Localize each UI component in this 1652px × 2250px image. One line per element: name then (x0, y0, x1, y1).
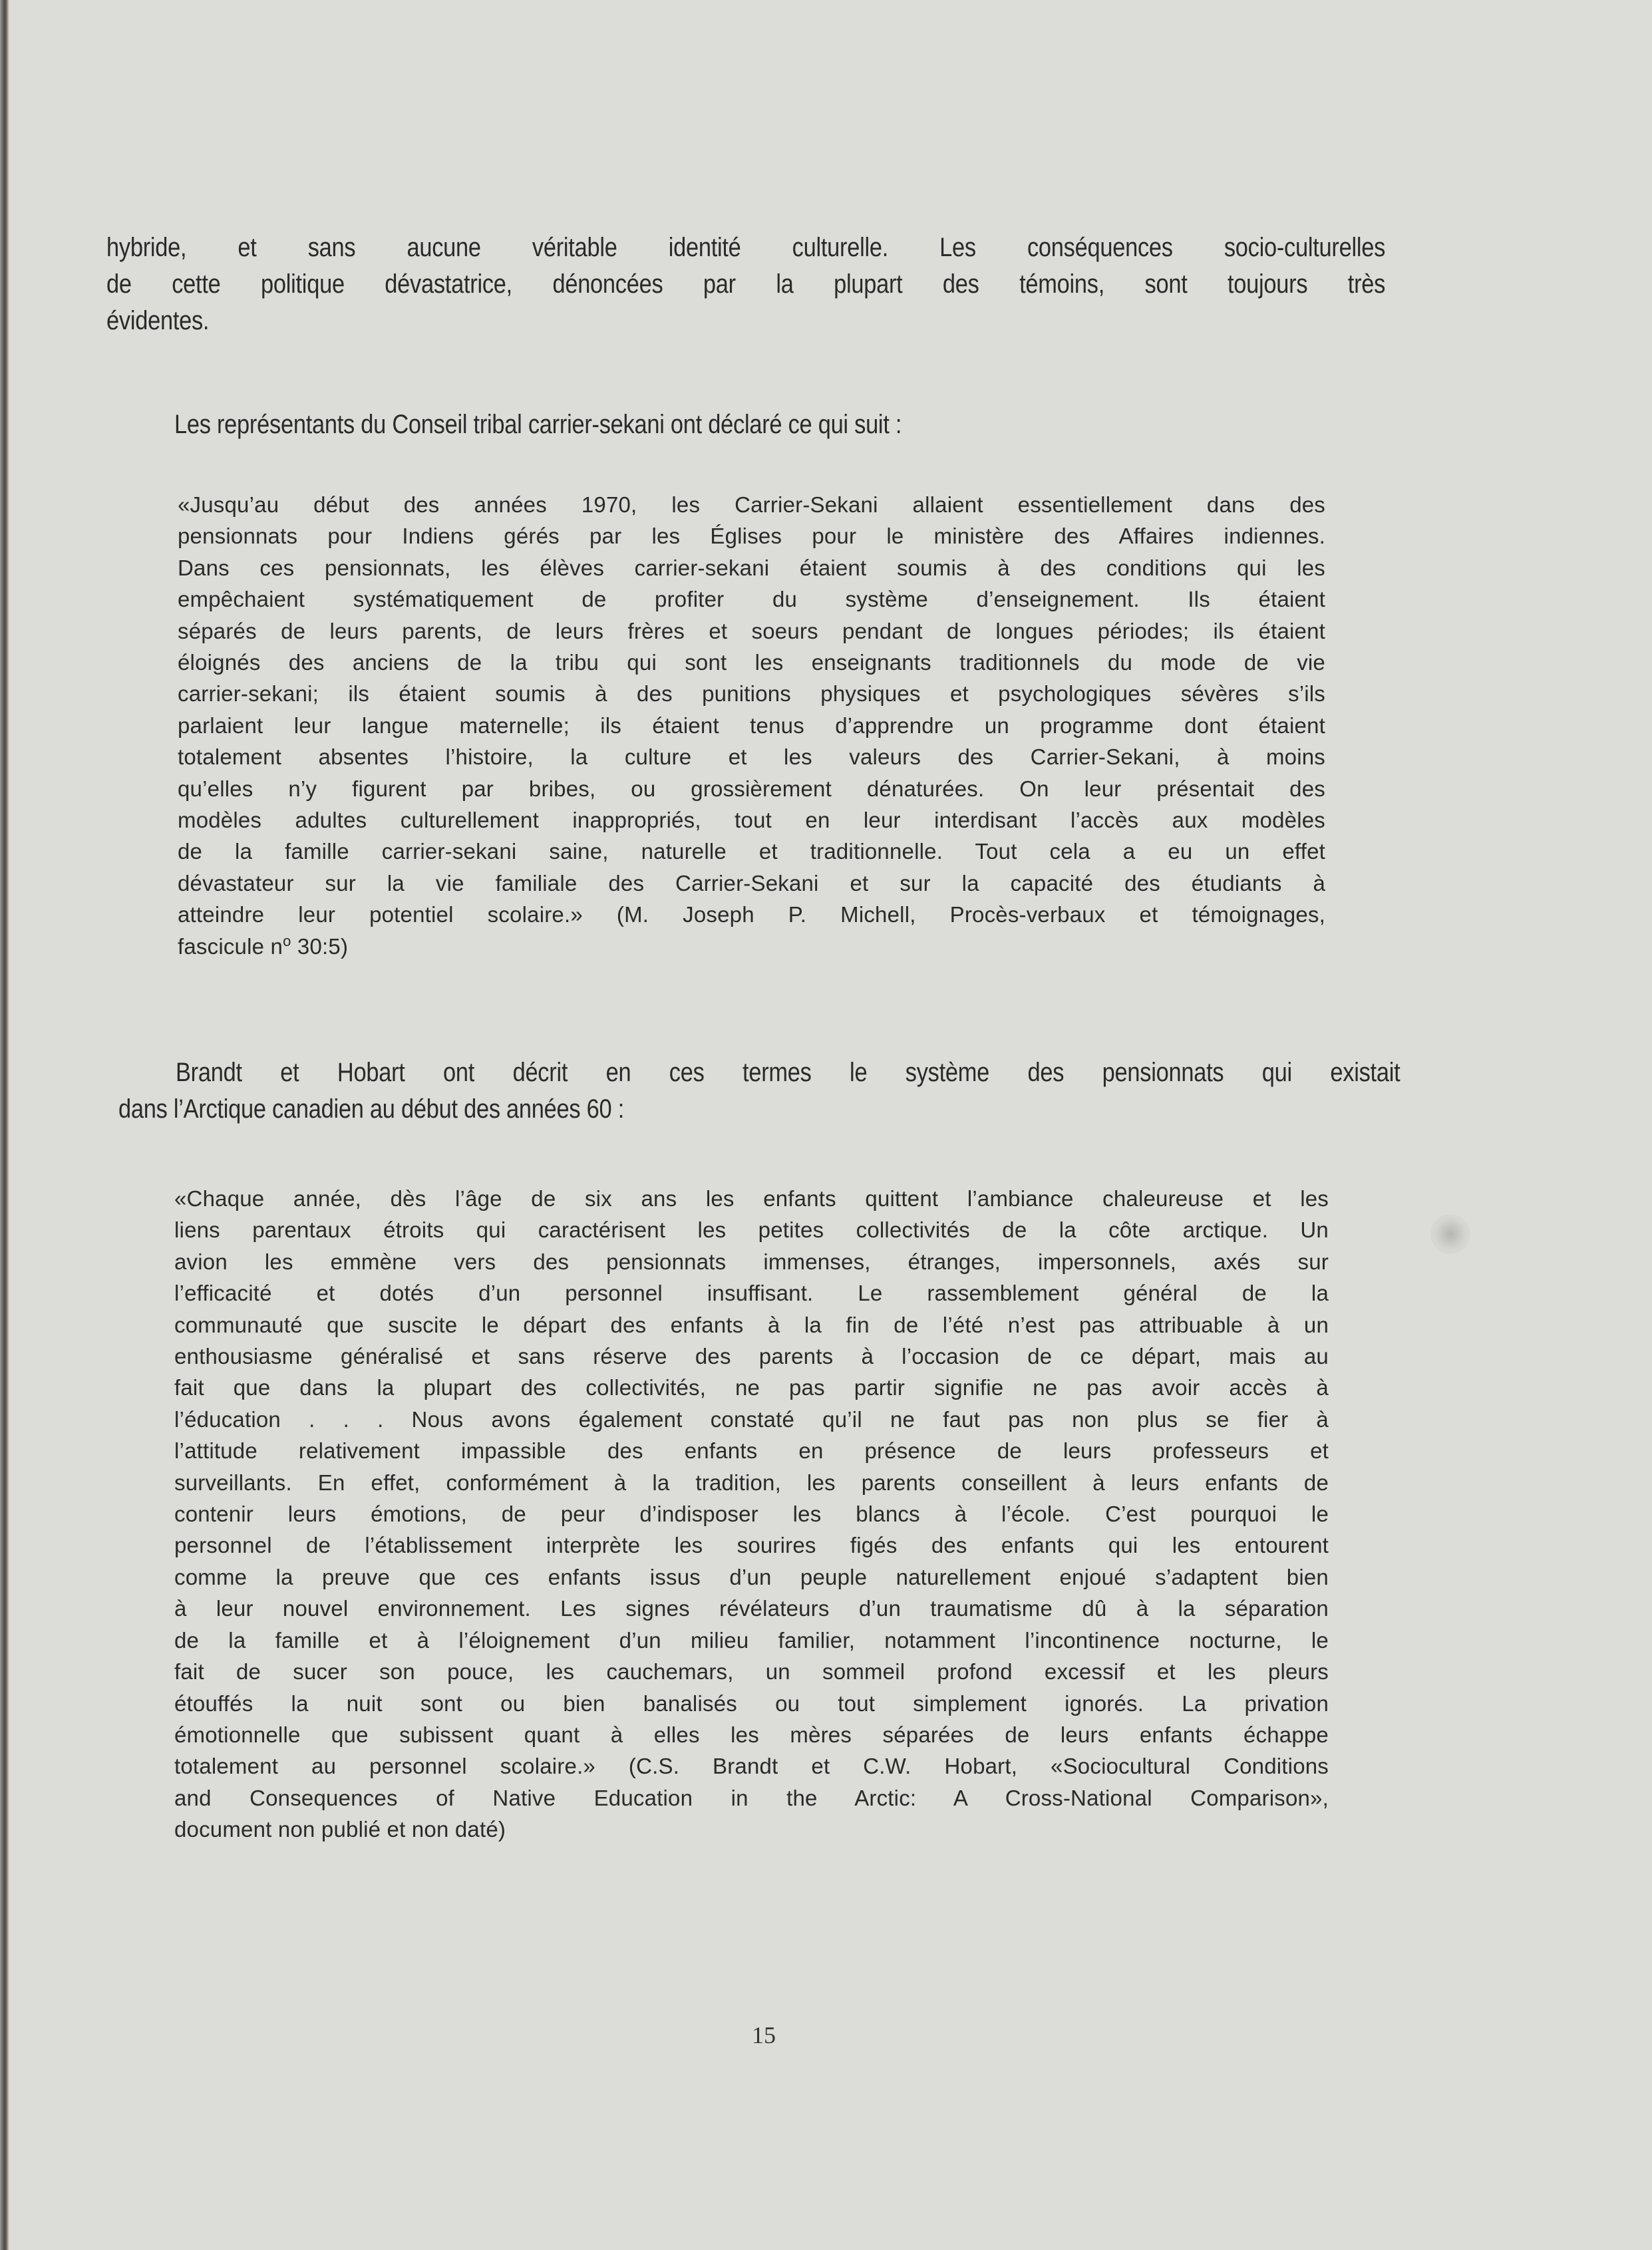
citation-prefix: fascicule n (178, 934, 283, 959)
citation-suffix: 30:5) (291, 934, 349, 959)
quote-line: empêchaient systématiquement de profiter… (178, 583, 1325, 615)
quote-line: communauté que suscite le départ des enf… (174, 1309, 1329, 1341)
quote-line: enthousiasme généralisé et sans réserve … (174, 1341, 1329, 1372)
quote-line: and Consequences of Native Education in … (174, 1782, 1329, 1814)
text-line: dans l’Arctique canadien au début des an… (118, 1091, 1400, 1128)
quote-line: l’attitude relativement impassible des e… (174, 1435, 1329, 1466)
quote-citation-line: fascicule no 30:5) (178, 931, 1325, 962)
quote-line: atteindre leur potentiel scolaire.» (M. … (178, 899, 1325, 930)
blockquote-brandt-hobart: «Chaque année, dès l’âge de six ans les … (174, 1183, 1329, 1846)
page-number: 15 (752, 2021, 776, 2049)
quote-line: l’efficacité et dotés d’un personnel ins… (174, 1277, 1329, 1309)
quote-line: Dans ces pensionnats, les élèves carrier… (178, 552, 1325, 583)
quote-line: pensionnats pour Indiens gérés par les É… (178, 520, 1325, 552)
quote-citation-line: document non publié et non daté) (174, 1814, 1329, 1845)
quote-line: avion les emmène vers des pensionnats im… (174, 1246, 1329, 1277)
quote-line: liens parentaux étroits qui caractérisen… (174, 1214, 1329, 1245)
text-line: Les représentants du Conseil tribal carr… (174, 406, 1216, 443)
quote-line: étouffés la nuit sont ou bien banalisés … (174, 1688, 1329, 1719)
paragraph-intro: hybride, et sans aucune véritable identi… (106, 230, 1385, 339)
quote-line: surveillants. En effet, conformément à l… (174, 1467, 1329, 1498)
quote-line: parlaient leur langue maternelle; ils ét… (178, 710, 1325, 741)
quote-line: qu’elles n’y figurent par bribes, ou gro… (178, 773, 1325, 804)
quote-line: de la famille et à l’éloignement d’un mi… (174, 1625, 1329, 1656)
text-line: évidentes. (106, 303, 1385, 339)
quote-line: modèles adultes culturellement inappropr… (178, 804, 1325, 836)
quote-line: comme la preuve que ces enfants issus d’… (174, 1561, 1329, 1593)
quote-line: «Chaque année, dès l’âge de six ans les … (174, 1183, 1329, 1214)
quote-line: personnel de l’établissement interprète … (174, 1529, 1329, 1561)
quote-line: contenir leurs émotions, de peur d’indis… (174, 1498, 1329, 1529)
quote-line: carrier-sekani; ils étaient soumis à des… (178, 678, 1325, 709)
quote-line: de la famille carrier-sekani saine, natu… (178, 836, 1325, 867)
text-line: hybride, et sans aucune véritable identi… (106, 230, 1385, 266)
quote-line: émotionnelle que subissent quant à elles… (174, 1719, 1329, 1750)
quote-line: fait que dans la plupart des collectivit… (174, 1372, 1329, 1403)
quote-line: fait de sucer son pouce, les cauchemars,… (174, 1656, 1329, 1687)
quote-line: totalement au personnel scolaire.» (C.S.… (174, 1750, 1329, 1782)
quote-line: l’éducation . . . Nous avons également c… (174, 1404, 1329, 1435)
quote-line: dévastateur sur la vie familiale des Car… (178, 868, 1325, 899)
quote-line: totalement absentes l’histoire, la cultu… (178, 741, 1325, 772)
quote-line: éloignés des anciens de la tribu qui son… (178, 647, 1325, 678)
text-line: de cette politique dévastatrice, dénoncé… (106, 266, 1385, 303)
scan-smudge (1430, 1214, 1470, 1254)
paragraph-brandt-hobart-lead: Brandt et Hobart ont décrit en ces terme… (118, 1054, 1400, 1128)
text-line: Brandt et Hobart ont décrit en ces terme… (118, 1054, 1400, 1091)
quote-line: à leur nouvel environnement. Les signes … (174, 1593, 1329, 1624)
quote-line: «Jusqu’au début des années 1970, les Car… (178, 489, 1325, 520)
quote-line: séparés de leurs parents, de leurs frère… (178, 615, 1325, 647)
paragraph-carrier-sekani-lead: Les représentants du Conseil tribal carr… (174, 406, 1216, 443)
scanned-page-edge (0, 0, 9, 2250)
blockquote-carrier-sekani: «Jusqu’au début des années 1970, les Car… (178, 489, 1325, 962)
ordinal-superscript: o (283, 933, 291, 949)
